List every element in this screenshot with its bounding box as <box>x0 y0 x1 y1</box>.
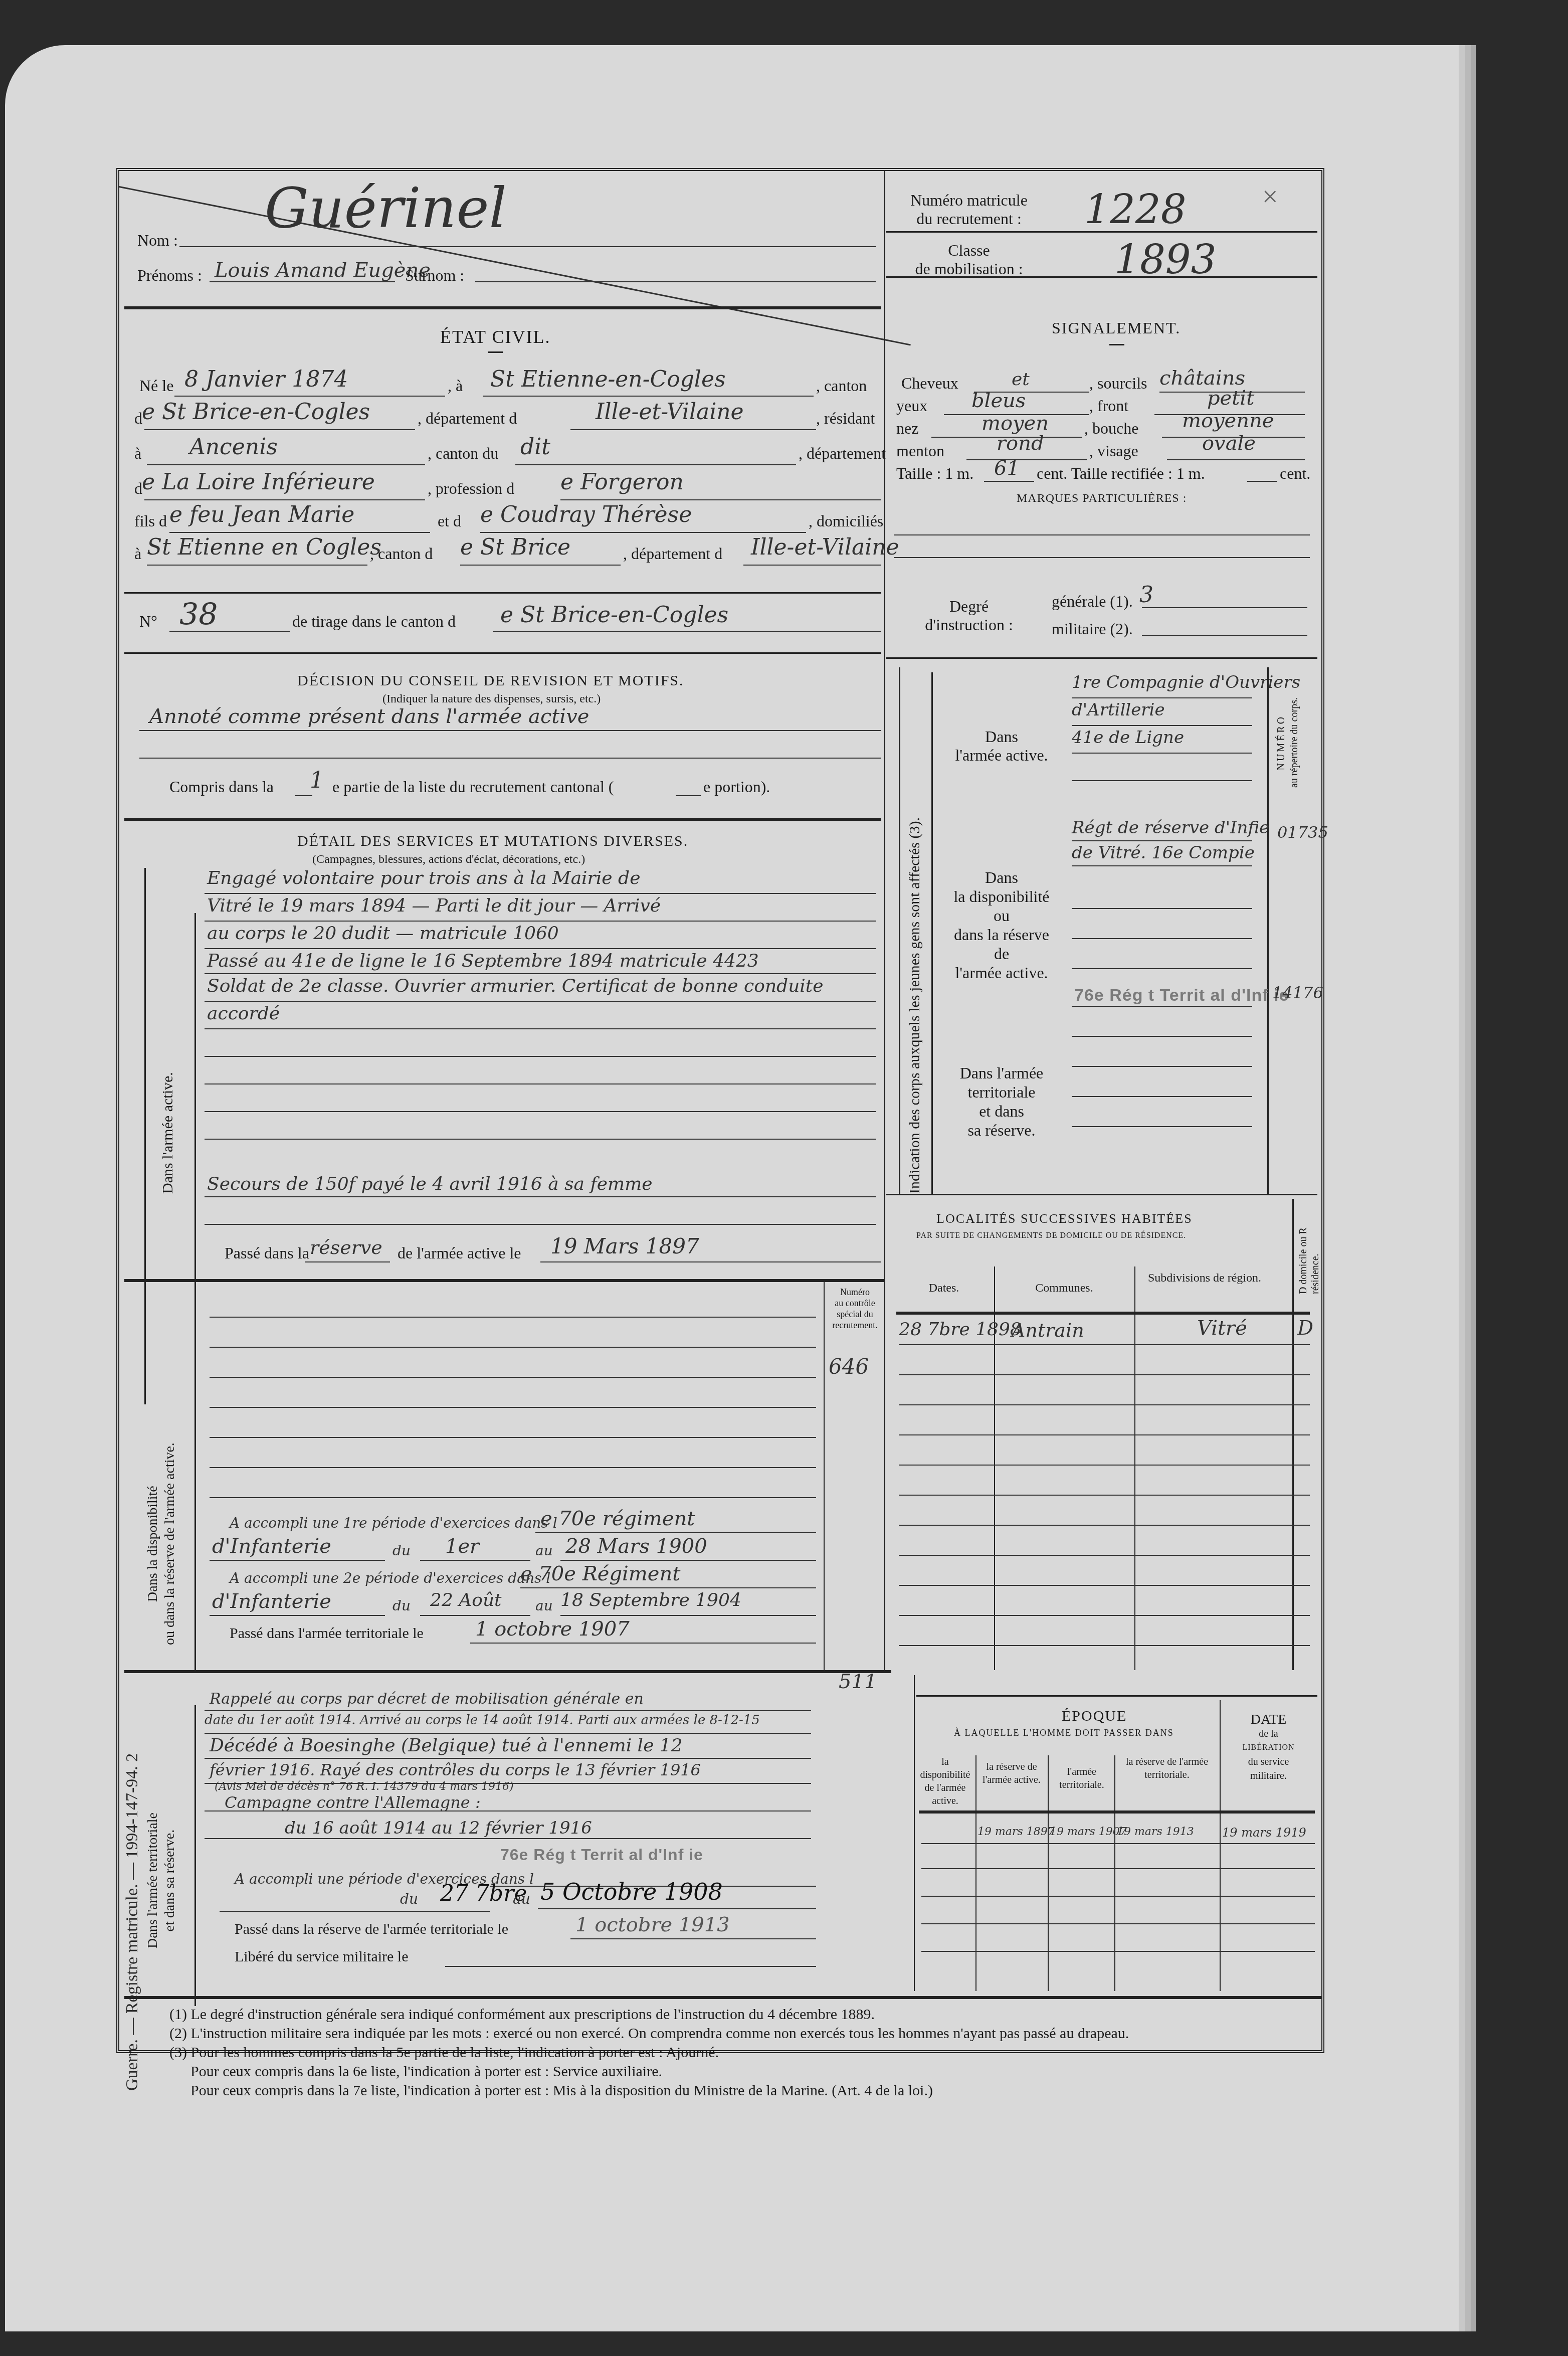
reserve-divider <box>124 1670 891 1673</box>
periode-terr-au-line <box>538 1908 816 1909</box>
pere-line <box>169 532 430 533</box>
localites-row-rule-8 <box>899 1555 1310 1556</box>
periode1-au: 28 Mars 1900 <box>565 1535 707 1558</box>
periode2-unit2-line <box>210 1615 385 1616</box>
terr-rule-4 <box>205 1783 811 1784</box>
residant-value: Ancenis <box>189 434 278 460</box>
etat-civil-divider <box>124 592 881 594</box>
periode2-unit2: d'Infanterie <box>212 1590 331 1613</box>
prenoms-value: Louis Amand Eugène <box>215 259 431 282</box>
localites-header-rule <box>896 1312 1310 1315</box>
periode1-du-line <box>420 1560 530 1561</box>
periode2-du: 22 Août <box>430 1590 502 1610</box>
localites-subdivision: Vitré <box>1197 1317 1247 1340</box>
epoque-col-1: la disponibilité de l'armée active. <box>916 1755 974 1807</box>
visage-line <box>1167 459 1305 460</box>
departement-line <box>570 429 816 430</box>
corps-territoriale-stamp: 76e Rég t Territ al d'Inf ie <box>1074 986 1289 1005</box>
passe-reserve-rest: de l'armée active le <box>398 1244 521 1262</box>
footnote-1: (1) Le degré d'instruction générale sera… <box>169 2006 875 2023</box>
corps-terr-rule-5 <box>1072 1126 1252 1127</box>
corps-active-rule-1 <box>1072 697 1252 698</box>
dom-dept-label: , département d <box>623 545 722 563</box>
fils-label: fils d <box>134 512 167 530</box>
classe-label: Classede mobilisation : <box>896 241 1042 278</box>
generale-label: générale (1). <box>1052 592 1133 611</box>
localites-row-rule-3 <box>899 1404 1310 1405</box>
localites-row-rule-6 <box>899 1495 1310 1496</box>
cent-label: cent. <box>1280 464 1310 483</box>
reserve-side-label: Dans la disponibilitéou dans la réserve … <box>144 1442 178 1645</box>
epoque-subtitle: À LAQUELLE L'HOMME DOIT PASSER DANS <box>954 1728 1174 1738</box>
corps-terr-rule-3 <box>1072 1066 1252 1067</box>
periode1-du: 1er <box>445 1535 479 1558</box>
periode1-unit2: d'Infanterie <box>212 1535 331 1558</box>
portion-label: e portion). <box>703 778 770 796</box>
periode2-du-line <box>420 1615 530 1616</box>
dept2-prefix: d <box>134 479 142 498</box>
terr-line-2: date du 1er août 1914. Arrivé au corps l… <box>205 1713 760 1728</box>
cheveux-label: Cheveux <box>901 374 958 393</box>
epoque-row-rule-1 <box>921 1843 1315 1844</box>
compris-line <box>295 795 312 796</box>
localites-row-rule-4 <box>899 1434 1310 1435</box>
reserve-rule-3 <box>210 1377 816 1378</box>
tirage-divider <box>124 652 881 654</box>
territoriale-number: 511 <box>839 1670 877 1693</box>
epoque-col-rule-1 <box>975 1755 976 1991</box>
localites-date: 28 7bre 1898 <box>899 1319 1022 1340</box>
epoque-top-rule <box>916 1695 1317 1697</box>
periode1-unit2-line <box>210 1560 385 1561</box>
corps-reserve-rule-5 <box>1072 968 1252 969</box>
terr-line-1: Rappelé au corps par décret de mobilisat… <box>210 1690 644 1708</box>
corps-active-line-2: d'Artillerie <box>1072 700 1165 720</box>
nom-label: Nom : <box>137 231 178 250</box>
visage-value: ovale <box>1202 432 1256 455</box>
ne-le-label: Né le <box>139 377 173 395</box>
mere-line <box>480 532 806 533</box>
numero-rule <box>1267 667 1269 1194</box>
localites-row-rule-5 <box>899 1465 1310 1466</box>
corps-active-line-1: 1re Compagnie d'Ouvriers <box>1072 672 1300 692</box>
classe-divider <box>886 276 1317 278</box>
passe-reserve-terr-label: Passé dans la réserve de l'armée territo… <box>235 1921 508 1938</box>
matricule-label: Numéro matriculedu recrutement : <box>896 191 1042 228</box>
passe-territoriale-line <box>470 1643 816 1644</box>
terr-rule-5 <box>205 1810 811 1811</box>
passe-reserve-date-line <box>540 1261 881 1262</box>
footnote-3: (3) Pour les hommes compris dans la 5e p… <box>169 2044 719 2061</box>
corps-vertical-label: Indication des corps auxquels les jeunes… <box>906 817 923 1194</box>
domicilies-label: , domiciliés <box>809 512 883 530</box>
localites-dr-header: D domicile ou R résidence. <box>1297 1204 1321 1294</box>
nom-line <box>179 246 876 247</box>
dom-canton-line <box>460 565 621 566</box>
periode-terr-au: 5 Octobre 1908 <box>540 1878 723 1905</box>
terr-rule-1 <box>205 1710 811 1711</box>
localites-col-dates: Dates. <box>896 1282 992 1295</box>
periode2-au-label: au <box>535 1597 553 1614</box>
reserve-rule-5 <box>210 1437 816 1438</box>
controle-value: 646 <box>829 1354 869 1379</box>
taille-rect-label: cent. Taille rectifiée : 1 m. <box>1037 464 1205 483</box>
dept2-value: e La Loire Inférieure <box>142 469 375 495</box>
sourcils-label: , sourcils <box>1089 374 1147 393</box>
taille-line <box>984 481 1034 482</box>
dom-dept-line <box>743 565 881 566</box>
visage-label: , visage <box>1089 442 1138 460</box>
departement-value: Ille-et-Vilaine <box>596 399 744 425</box>
corps-reserve-rule-3 <box>1072 908 1252 909</box>
terr-line-6: Campagne contre l'Allemagne : <box>225 1793 481 1812</box>
canton-label: , canton <box>816 377 867 395</box>
corps-reserve-rule-4 <box>1072 938 1252 939</box>
active-note: Secours de 150f payé le 4 avril 1916 à s… <box>207 1174 653 1194</box>
matricule-mark: × <box>1262 181 1278 213</box>
corps-left-rule <box>899 667 900 1194</box>
profession-value: e Forgeron <box>560 469 684 495</box>
localites-commune: Antrain <box>1012 1319 1084 1341</box>
corps-active-label: Dansl'armée active. <box>941 728 1062 765</box>
localites-type: D <box>1297 1317 1313 1340</box>
taille-label: Taille : 1 m. <box>896 464 973 483</box>
tirage-no-value: 38 <box>179 597 218 632</box>
periode2-au: 18 Septembre 1904 <box>560 1590 741 1610</box>
terr-line-3: Décédé à Boesinghe (Belgique) tué à l'en… <box>210 1735 683 1756</box>
active-rule-12 <box>205 1224 876 1225</box>
residant-label: , résidant <box>816 409 875 428</box>
active-line-1: Engagé volontaire pour trois ans à la Ma… <box>207 868 640 888</box>
corps-terr-rule-2 <box>1072 1036 1252 1037</box>
epoque-header-rule <box>919 1810 1315 1814</box>
etat-civil-title: ÉTAT CIVIL. <box>440 326 550 347</box>
periode1-au-label: au <box>535 1542 553 1559</box>
reserve-rule-1 <box>210 1317 816 1318</box>
liberation-header: DATEde laLIBÉRATIONdu servicemilitaire. <box>1222 1713 1315 1783</box>
dom-canton-value: e St Brice <box>460 534 570 560</box>
footnote-4: Pour ceux compris dans la 6e liste, l'in… <box>190 2063 662 2080</box>
passe-reserve-terr-value: 1 octobre 1913 <box>575 1913 730 1936</box>
bouche-value: moyenne <box>1182 409 1274 432</box>
corps-terr-rule-4 <box>1072 1096 1252 1097</box>
taille-rect-line <box>1247 481 1277 482</box>
ne-le-line <box>174 396 445 397</box>
a-label: , à <box>448 377 463 395</box>
tirage-canton-value: e St Brice-en-Cogles <box>500 602 728 628</box>
tirage-no-line <box>169 631 290 632</box>
active-rule-7 <box>205 1056 876 1057</box>
identity-divider <box>124 306 881 309</box>
passe-reserve-value: réserve <box>310 1236 382 1258</box>
active-rule-4 <box>205 973 876 974</box>
active-bracket <box>194 913 196 1364</box>
tirage-label: de tirage dans le canton d <box>292 612 456 631</box>
localites-row-rule-1 <box>899 1344 1310 1345</box>
dept2-line <box>144 499 425 500</box>
active-line-4: Passé au 41e de ligne le 16 Septembre 18… <box>207 951 759 971</box>
corps-reserve-label: Dansla disponibilitéoudans la réservedel… <box>941 868 1062 982</box>
passe-reserve-label: Passé dans la <box>225 1244 309 1262</box>
active-rule-9 <box>205 1111 876 1112</box>
active-divider <box>124 1279 884 1282</box>
active-rule-10 <box>205 1139 876 1140</box>
matricule-form: Guérinel Nom : Prénoms : Louis Amand Eug… <box>116 168 1324 2053</box>
residant-line <box>147 464 425 465</box>
profession-label: , profession d <box>428 479 514 498</box>
surnom-label: Surnom : <box>405 266 464 285</box>
dom-canton-label: , canton d <box>370 545 433 563</box>
localites-row-rule-10 <box>899 1615 1310 1616</box>
instruction-label: Degréd'instruction : <box>906 597 1032 634</box>
tirage-no-label: N° <box>139 612 157 631</box>
terr-line-5: (Avis Mel de décès n° 76 R. I. 14379 du … <box>215 1780 514 1793</box>
epoque-left-rule <box>914 1675 915 1991</box>
dom-a-label: à <box>134 545 141 563</box>
territoriale-side-label: Dans l'armée territorialeet dans sa rése… <box>144 1813 178 1948</box>
periode-terr-au-label: au <box>513 1891 530 1907</box>
terr-rule-2 <box>205 1733 811 1734</box>
corps-active-rule-3 <box>1072 753 1252 754</box>
decision-line-1 <box>139 730 881 731</box>
periode2-unit: e 70e Régiment <box>520 1562 680 1585</box>
reserve-rule-7 <box>210 1497 816 1498</box>
marques-line-2 <box>894 557 1310 558</box>
localites-row-rule-11 <box>899 1645 1310 1646</box>
passe-reserve-line <box>305 1261 390 1262</box>
epoque-value-3: 19 mars 1907 <box>1050 1826 1127 1838</box>
dom-dept-value: Ille-et-Vilaine <box>751 534 899 560</box>
periode2-au-line <box>560 1615 816 1616</box>
generale-line <box>1142 607 1307 608</box>
localites-title: LOCALITÉS SUCCESSIVES HABITÉES <box>936 1211 1193 1226</box>
tirage-canton-line <box>493 631 881 632</box>
epoque-col-4: la réserve de l'armée territoriale. <box>1117 1755 1217 1781</box>
corps-active-line-3: 41e de Ligne <box>1072 728 1184 748</box>
a-line <box>483 396 814 397</box>
territoriale-bracket <box>194 1705 196 2006</box>
departement2-label: , département <box>799 444 886 463</box>
decision-subtitle: (Indiquer la nature des dispenses, sursi… <box>382 692 601 706</box>
taille-value: 61 <box>994 457 1020 480</box>
epoque-row-rule-3 <box>921 1896 1315 1897</box>
localites-row-rule-9 <box>899 1585 1310 1586</box>
numero-label: NUMÉROau répertoire du corps. <box>1275 697 1301 788</box>
corps-reserve-rule-1 <box>1072 840 1252 841</box>
surnom-line <box>475 281 876 282</box>
localites-row-rule-7 <box>899 1525 1310 1526</box>
footnotes-divider <box>124 1996 1322 1999</box>
yeux-value: bleus <box>971 389 1026 412</box>
epoque-liberation-rule <box>1220 1700 1221 1991</box>
controle-rule <box>824 1279 825 1670</box>
periode-terr-du-line <box>220 1911 490 1912</box>
localites-subtitle: PAR SUITE DE CHANGEMENTS DE DOMICILE OU … <box>916 1231 1186 1240</box>
column-divider <box>884 171 885 1670</box>
periode1-au-line <box>560 1560 816 1561</box>
libere-line <box>445 1966 816 1967</box>
corps-reserve-line-2: de Vitré. 16e Compie <box>1072 843 1255 863</box>
periode1-unit: e 70e régiment <box>540 1507 695 1530</box>
a-value: St Etienne-en-Cogles <box>490 367 726 392</box>
epoque-row-rule-5 <box>921 1951 1315 1952</box>
localites-col-rule-2 <box>1134 1266 1135 1670</box>
epoque-value-2: 19 mars 1897 <box>977 1826 1055 1838</box>
periode2-unit-line <box>520 1587 816 1588</box>
localites-col-communes: Communes. <box>1002 1282 1127 1295</box>
passe-reserve-terr-line <box>570 1938 816 1939</box>
active-side-rule <box>144 868 146 1404</box>
pere-value: e feu Jean Marie <box>169 502 354 527</box>
canton-du-line <box>515 464 796 465</box>
active-rule-3 <box>205 948 876 949</box>
corps-reserve-number: 01735 <box>1277 823 1328 842</box>
decision-divider <box>124 818 881 821</box>
periode1-du-label: du <box>393 1542 411 1559</box>
canton-du-label: , canton du <box>428 444 498 463</box>
active-rule-6 <box>205 1028 876 1029</box>
corps-terr-rule-1 <box>1072 1006 1252 1007</box>
et-de-label: et d <box>438 512 461 530</box>
corps-territoriale-label: Dans l'arméeterritorialeet danssa réserv… <box>941 1063 1062 1140</box>
epoque-row-rule-4 <box>921 1923 1315 1924</box>
liberation-value: 19 mars 1919 <box>1222 1826 1306 1840</box>
corps-active-rule-2 <box>1072 725 1252 726</box>
footnote-5: Pour ceux compris dans la 7e liste, l'in… <box>190 2082 933 2099</box>
signalement-title: SIGNALEMENT. <box>1052 319 1181 337</box>
active-rule-11 <box>205 1196 876 1197</box>
nom-value: Guérinel <box>265 176 507 240</box>
active-rule-1 <box>205 893 876 894</box>
cheveux-value: et <box>1012 369 1030 390</box>
periode-terr-stamp: 76e Rég t Territ al d'Inf ie <box>500 1846 703 1864</box>
canton-line <box>144 429 415 430</box>
menton-value: rond <box>997 432 1044 455</box>
de-label: d <box>134 409 142 428</box>
portion-line <box>676 795 701 796</box>
dom-value: St Etienne en Cogles <box>147 534 381 560</box>
epoque-value-4: 19 mars 1913 <box>1117 1826 1194 1838</box>
militaire-line <box>1142 635 1307 636</box>
corps-reserve-rule-2 <box>1072 865 1252 866</box>
passe-territoriale-label: Passé dans l'armée territoriale le <box>230 1625 424 1642</box>
libere-label: Libéré du service militaire le <box>235 1948 409 1965</box>
localites-col-subdivisions: Subdivisions de région. <box>1142 1272 1267 1285</box>
terr-line-7: du 16 août 1914 au 12 février 1916 <box>285 1818 592 1838</box>
menton-label: menton <box>896 442 944 460</box>
menton-line <box>966 459 1087 460</box>
footnote-2: (2) L'instruction militaire sera indiqué… <box>169 2025 1129 2042</box>
reserve-bracket <box>194 1309 196 1670</box>
generale-value: 3 <box>1139 582 1153 608</box>
localites-row-rule-2 <box>899 1374 1310 1375</box>
profession-line <box>560 499 881 500</box>
yeux-label: yeux <box>896 397 927 415</box>
front-label: , front <box>1089 397 1128 415</box>
passe-territoriale-value: 1 octobre 1907 <box>475 1617 630 1641</box>
active-side-label: Dans l'armée active. <box>159 1072 176 1194</box>
marques-line-1 <box>894 534 1310 535</box>
mere-value: e Coudray Thérèse <box>480 502 692 527</box>
corps-territoriale-number: 14176 <box>1272 983 1323 1002</box>
marques-title: MARQUES PARTICULIÈRES : <box>1017 492 1187 505</box>
reserve-rule-4 <box>210 1407 816 1408</box>
title-rule <box>488 351 503 353</box>
signalement-rule <box>1109 344 1124 345</box>
compris-rest: e partie de la liste du recrutement cant… <box>332 778 614 796</box>
epoque-col-rule-3 <box>1114 1755 1115 1991</box>
periode1-label: A accompli une 1re période d'exercices d… <box>230 1515 557 1531</box>
periode2-label: A accompli une 2e période d'exercices da… <box>230 1570 550 1586</box>
militaire-label: militaire (2). <box>1052 620 1133 638</box>
bouche-label: , bouche <box>1084 419 1138 438</box>
passe-reserve-date: 19 Mars 1897 <box>550 1234 699 1258</box>
terr-rule-6 <box>205 1838 811 1839</box>
reserve-rule-2 <box>210 1347 816 1348</box>
residant-a-label: à <box>134 444 141 463</box>
epoque-col-3: l'armée territoriale. <box>1049 1765 1114 1791</box>
controle-header: Numéroau contrôlespécial durecrutement. <box>826 1287 884 1331</box>
canton-du-value: dit <box>520 434 550 460</box>
epoque-row-rule-2 <box>921 1868 1315 1869</box>
compris-label: Compris dans la <box>169 778 274 796</box>
prenoms-line <box>210 281 395 282</box>
corps-divider <box>886 1194 1317 1195</box>
epoque-col-rule-2 <box>1048 1755 1049 1991</box>
services-subtitle: (Campagnes, blessures, actions d'éclat, … <box>312 853 585 866</box>
active-line-5: Soldat de 2e classe. Ouvrier armurier. C… <box>207 976 824 996</box>
active-rule-5 <box>205 1001 876 1002</box>
matricule-value: 1228 <box>1084 186 1187 233</box>
active-line-3: au corps le 20 dudit — matricule 1060 <box>207 923 559 944</box>
services-title: DÉTAIL DES SERVICES ET MUTATIONS DIVERSE… <box>297 833 688 850</box>
front-value: petit <box>1207 387 1254 410</box>
terr-rule-3 <box>205 1758 811 1759</box>
decision-line-2 <box>139 758 881 759</box>
ne-le-value: 8 Janvier 1874 <box>184 367 348 392</box>
periode1-unit-line <box>535 1532 816 1533</box>
prenoms-label: Prénoms : <box>137 266 202 285</box>
matricule-divider <box>886 231 1317 233</box>
active-line-6: accordé <box>207 1003 280 1024</box>
active-rule-2 <box>205 921 876 922</box>
corps-label-rule <box>931 672 933 1194</box>
active-line-2: Vitré le 19 mars 1894 — Parti le dit jou… <box>207 895 661 916</box>
dom-line <box>147 565 367 566</box>
decision-title: DÉCISION DU CONSEIL DE REVISION ET MOTIF… <box>297 672 684 689</box>
corps-reserve-line-1: Régt de réserve d'Infie <box>1072 818 1269 838</box>
canton-value: e St Brice-en-Cogles <box>142 399 370 425</box>
terr-line-4: février 1916. Rayé des contrôles du corp… <box>210 1760 701 1779</box>
periode2-du-label: du <box>393 1597 411 1614</box>
nez-label: nez <box>896 419 918 438</box>
epoque-title: ÉPOQUE <box>1062 1708 1127 1725</box>
reserve-rule-6 <box>210 1467 816 1468</box>
departement-label: , département d <box>418 409 517 428</box>
corps-active-rule-4 <box>1072 780 1252 781</box>
decision-value: Annoté comme présent dans l'armée active <box>149 705 589 728</box>
active-rule-8 <box>205 1083 876 1084</box>
instruction-divider <box>886 657 1317 659</box>
compris-value: 1 <box>310 768 324 793</box>
epoque-col-2: la réserve de l'armée active. <box>976 1760 1047 1786</box>
periode-terr-du-label: du <box>400 1891 418 1907</box>
